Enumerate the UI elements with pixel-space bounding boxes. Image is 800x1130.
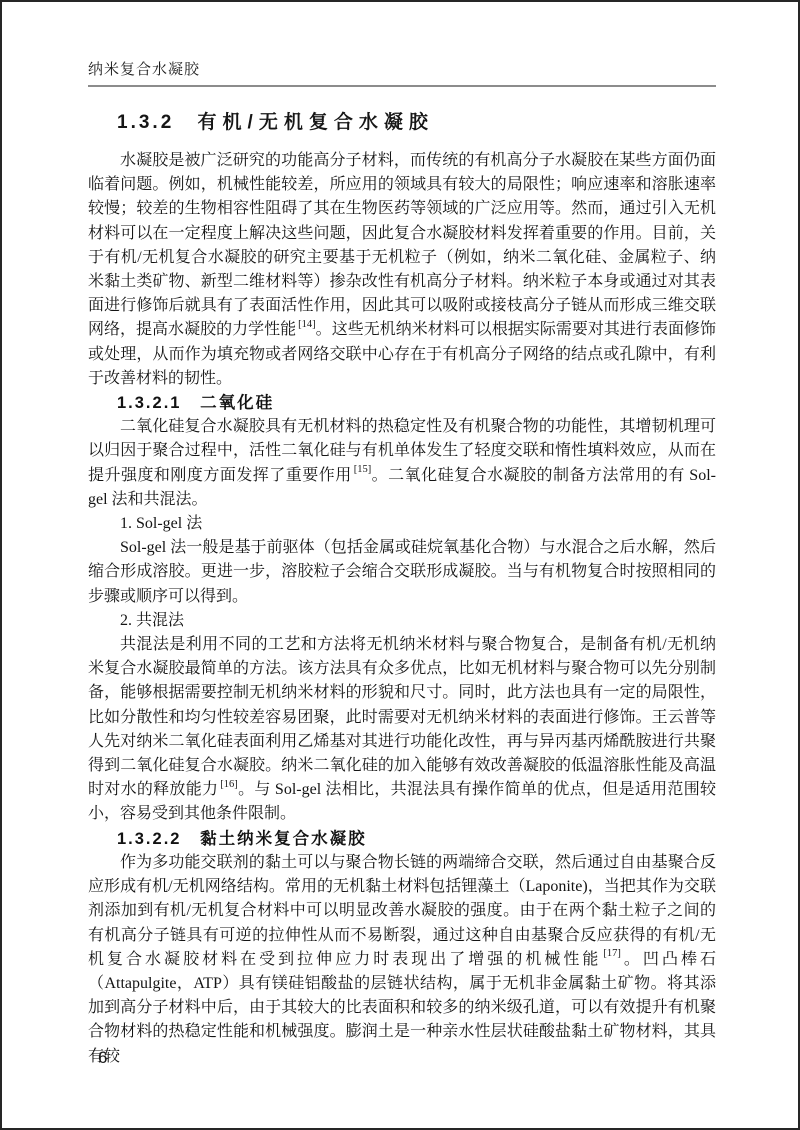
citation-ref-14: [14]: [298, 319, 316, 330]
section-title: 有机/无机复合水凝胶: [198, 112, 434, 133]
citation-ref-16: [16]: [220, 779, 238, 790]
subsection-title: 二氧化硅: [200, 394, 274, 412]
subsection-title: 黏土纳米复合水凝胶: [200, 830, 367, 848]
section-heading: 1.3.2 有机/无机复合水凝胶: [88, 110, 716, 136]
header-rule: [88, 85, 716, 87]
subsection-number: 1.3.2.2: [117, 830, 181, 848]
paragraph-text: 共混法是利用不同的工艺和方法将无机纳米材料与聚合物复合，是制备有机/无机纳米复合…: [88, 636, 716, 798]
page-body: 1.3.2 有机/无机复合水凝胶 水凝胶是被广泛研究的功能高分子材料，而传统的有…: [88, 110, 716, 1069]
paragraph-clay: 作为多功能交联剂的黏土可以与聚合物长链的两端缔合交联，然后通过自由基聚合反应形成…: [88, 851, 716, 1069]
running-head: 纳米复合水凝胶: [88, 58, 200, 79]
section-number: 1.3.2: [117, 112, 174, 133]
paragraph-silica-overview: 二氧化硅复合水凝胶具有无机材料的热稳定性及有机聚合物的功能性，其增韧机理可以归因…: [88, 415, 716, 512]
paragraph-text: 水凝胶是被广泛研究的功能高分子材料，而传统的有机高分子水凝胶在某些方面仍面临着问…: [88, 152, 716, 338]
method-label-blending: 2. 共混法: [88, 609, 716, 633]
subsection-heading-silica: 1.3.2.1 二氧化硅: [88, 391, 716, 415]
paragraph-solgel: Sol-gel 法一般是基于前驱体（包括金属或硅烷氧基化合物）与水混合之后水解，…: [88, 536, 716, 609]
subsection-number: 1.3.2.1: [117, 394, 181, 412]
citation-ref-15: [15]: [354, 464, 372, 475]
paragraph-blending: 共混法是利用不同的工艺和方法将无机纳米材料与聚合物复合，是制备有机/无机纳米复合…: [88, 633, 716, 827]
subsection-heading-clay: 1.3.2.2 黏土纳米复合水凝胶: [88, 827, 716, 851]
paragraph-intro: 水凝胶是被广泛研究的功能高分子材料，而传统的有机高分子水凝胶在某些方面仍面临着问…: [88, 149, 716, 391]
page-number: 6: [98, 1048, 107, 1068]
method-label-solgel: 1. Sol-gel 法: [88, 512, 716, 536]
citation-ref-17: [17]: [603, 948, 621, 959]
book-page: 纳米复合水凝胶 1.3.2 有机/无机复合水凝胶 水凝胶是被广泛研究的功能高分子…: [0, 0, 800, 1130]
